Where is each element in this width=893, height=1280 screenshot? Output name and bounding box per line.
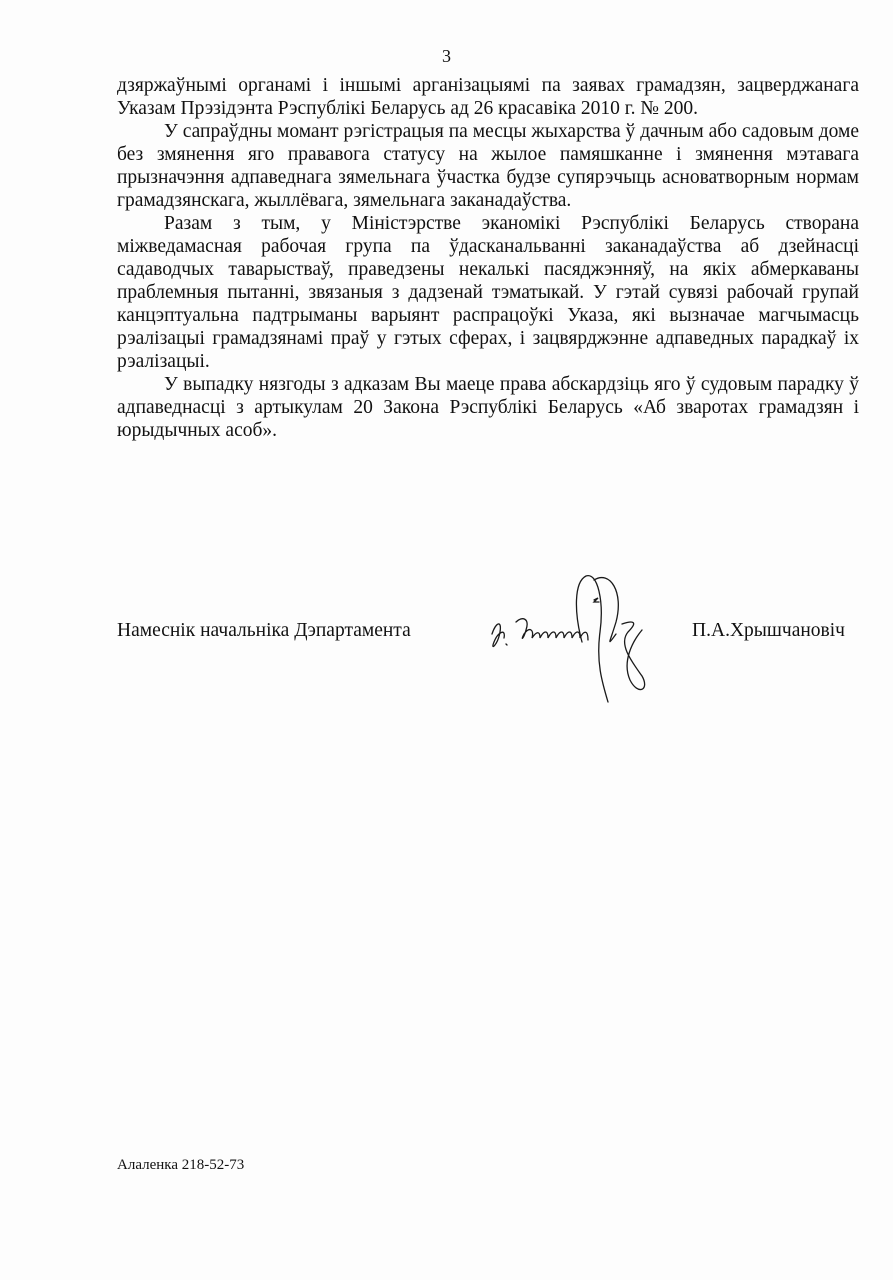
page-number: 3 bbox=[0, 46, 893, 67]
handwritten-signature-icon bbox=[482, 572, 712, 742]
signer-name: П.А.Хрышчановіч bbox=[692, 620, 845, 642]
paragraph-appeal: У выпадку нязгоды з адказам Вы маеце пра… bbox=[117, 373, 859, 442]
signature-block: Намеснік начальніка Дэпартамента П.А.Хры… bbox=[117, 620, 859, 740]
paragraph-registration: У сапраўдны момант рэгістрацыя па месцы … bbox=[117, 120, 859, 212]
paragraph-working-group: Разам з тым, у Міністэрстве эканомікі Рэ… bbox=[117, 212, 859, 373]
signer-title: Намеснік начальніка Дэпартамента bbox=[117, 620, 411, 642]
paragraph-continuation: дзяржаўнымі органамі і іншымі арганізацы… bbox=[117, 74, 859, 120]
letter-body: дзяржаўнымі органамі і іншымі арганізацы… bbox=[117, 74, 859, 442]
footer-contact: Алаленка 218-52-73 bbox=[117, 1157, 244, 1174]
